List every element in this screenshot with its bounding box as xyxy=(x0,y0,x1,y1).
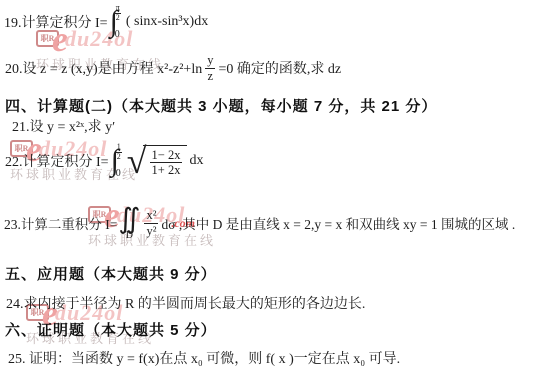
problem-24: 24.求内接于半径为 R 的半圆而周长最大的矩形的各边边长. xyxy=(6,293,365,313)
integral-upper-limit: π 2 xyxy=(115,4,121,23)
problem-23-tail: dσ ,其中 D 是由直线 x = 2,y = x 和双曲线 xy = 1 围城… xyxy=(161,213,515,233)
fraction-y-over-z: y z xyxy=(205,53,215,83)
fraction-radicand: 1− 2x 1+ 2x xyxy=(150,148,183,178)
integral-symbol: ∫ 1 2 0 xyxy=(111,143,125,179)
section-heading-6: 六、证明题（本大题共 5 分） xyxy=(5,319,217,340)
problem-19: 19.计算定积分 I= ∫ π 2 0 ( sinx-sin³x)dx xyxy=(4,5,208,39)
exam-document-page: 职R e du24ol 环球职业教育在线 职R e du24ol 环球职业教育在… xyxy=(0,0,535,374)
square-root: √ 1− 2x 1+ 2x xyxy=(127,145,188,178)
integral-lower-limit: 0 xyxy=(116,169,121,179)
fraction-x2-over-y2: x² y² xyxy=(144,208,158,238)
problem-23: 23.计算二重积分 I= ∬ D x² y² dσ ,其中 D 是由直线 x =… xyxy=(4,201,515,245)
problem-23-lead: 23.计算二重积分 I= xyxy=(4,213,117,233)
integral-symbol: ∫ π 2 0 xyxy=(110,4,124,40)
integral-limits: π 2 0 xyxy=(115,4,121,40)
problem-19-integrand: ( sinx-sin³x)dx xyxy=(126,14,208,30)
integral-limits: 1 2 0 xyxy=(116,143,122,179)
integral-upper-limit: 1 2 xyxy=(116,143,122,162)
problem-21: 21.设 y = x²ˣ,求 y′ xyxy=(12,116,115,136)
section-heading-5: 五、应用题（本大题共 9 分） xyxy=(5,263,217,284)
problem-20-tail: =0 确定的函数,求 dz xyxy=(218,58,341,78)
problem-25: 25. 证明：当函数 y = f(x)在点 x₀ 可微，则 f( x )一定在点… xyxy=(8,348,400,368)
problem-22-lead: 22.计算定积分 I= xyxy=(5,151,109,171)
problem-20-lead: 20.设 z = z (x,y)是由方程 x²-z²+ln xyxy=(5,58,202,78)
radicand: 1− 2x 1+ 2x xyxy=(143,145,188,178)
problem-19-lead: 19.计算定积分 I= xyxy=(4,12,108,32)
problem-22-tail: dx xyxy=(189,153,203,169)
problem-20: 20.设 z = z (x,y)是由方程 x²-z²+ln y z =0 确定的… xyxy=(5,50,341,86)
double-integral-symbol: ∬ D xyxy=(118,206,140,241)
double-integral-domain: D xyxy=(126,231,133,241)
problem-22: 22.计算定积分 I= ∫ 1 2 0 √ 1− 2x 1+ 2x dx xyxy=(5,141,203,181)
section-heading-4: 四、计算题(二)（本大题共 3 小题，每小题 7 分，共 21 分） xyxy=(5,95,437,116)
integral-lower-limit: 0 xyxy=(115,30,120,40)
